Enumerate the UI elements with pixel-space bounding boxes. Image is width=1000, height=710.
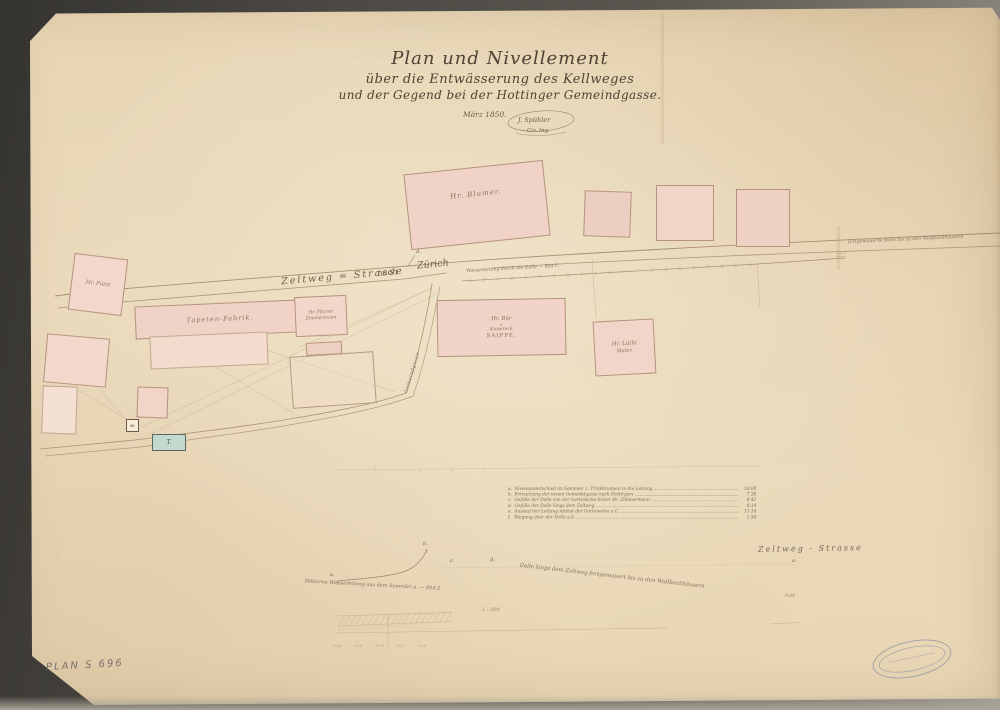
profile-mark-b: b. — [423, 541, 428, 547]
scanned-plan-page: Plan und Nivellement über die Entwässeru… — [0, 0, 1000, 710]
building-luethi: Hr. Lüthi Maler. — [593, 318, 657, 376]
gauge-number: 9.07 — [397, 644, 405, 648]
notes-table: a.Niveauunterschied im Sammler z. Trinkb… — [508, 486, 758, 549]
profile-line — [337, 549, 427, 581]
note-leader — [655, 489, 738, 490]
levelling-lines — [336, 613, 800, 634]
profile-mark-d: d. — [490, 557, 495, 563]
profile-mark-c: c. — [450, 558, 454, 564]
note-leader — [635, 495, 738, 496]
road-fork-mark: d. — [416, 249, 421, 255]
plot-boundary-lines — [592, 258, 760, 318]
profile-dotted-line — [437, 564, 795, 568]
gauge-number: 9.06 — [376, 644, 384, 648]
date-label: März 1850. — [463, 110, 507, 119]
signature-name: J. Spühler — [518, 116, 550, 124]
gauge-number: 9.05 — [354, 644, 362, 648]
building-unlabeled-1 — [583, 190, 632, 238]
building-cluster-c — [136, 386, 168, 418]
building-luethi-label-2: Maler. — [616, 347, 632, 354]
lower-path-edge — [45, 396, 413, 456]
page-subtitle-1: über die Entwässerung des Kellweges — [0, 72, 1000, 87]
signature-title: Civ. Ing. — [527, 128, 550, 134]
building-cluster-b — [41, 385, 78, 434]
profile-mark-a-left: a. — [330, 572, 335, 578]
building-pfarrer-label-2: Zimmermann — [306, 315, 337, 322]
profile-street-label: Zeltweg - Strasse — [758, 543, 863, 554]
well-marker-label: Br — [130, 423, 135, 428]
notes-datum-line — [332, 466, 762, 470]
building-unlabeled-2 — [656, 185, 714, 241]
notes-row: f.Biegung über der Dolle a.b.1.58 — [508, 514, 756, 520]
building-pfarrer-zimmermann: Hr. Pfarrer Zimmermann — [294, 295, 348, 337]
note-text: Biegung über der Dolle a.b. — [514, 514, 575, 520]
building-fierz: Hr. Fierz — [68, 253, 129, 316]
page-title: Plan und Nivellement — [0, 48, 1000, 69]
scale-note: 1 : 500 — [482, 607, 500, 613]
building-cluster-a — [43, 333, 110, 387]
gauge-number: 9.04 — [333, 644, 341, 648]
building-unlabeled-3 — [736, 189, 790, 247]
building-blumer: Hr. Blumer. — [403, 160, 550, 250]
building-courtyard-outline — [289, 351, 376, 409]
building-blumer-label: Hr. Blumer. — [450, 187, 502, 201]
note-leader — [621, 512, 738, 513]
building-tapeten-annex — [149, 331, 268, 369]
note-leader — [652, 501, 738, 502]
dolle-symbol — [836, 253, 846, 257]
page-subtitle-2: und der Gegend bei der Hottinger Gemeind… — [0, 88, 1000, 102]
levelling-gauge-numbers: 9.04 9.05 9.06 9.07 9.08 — [333, 644, 432, 651]
profile-value-right: 9.08 — [785, 594, 795, 599]
water-trough-label: T. — [166, 439, 171, 447]
building-baer-label-4: SAIPPE. — [487, 332, 517, 339]
note-value: 1.58 — [740, 514, 756, 520]
gauge-number: 9.08 — [418, 644, 426, 648]
road-fork-stub — [408, 255, 415, 266]
road-label-nach: nach — [377, 267, 399, 279]
building-baer-saippe: Hr. Bär z. Kaisereck SAIPPE. — [437, 298, 567, 357]
note-leader — [577, 518, 738, 519]
building-tapeten-label: Tapeten-Fabrik. — [186, 314, 253, 325]
building-fierz-label: Hr. Fierz — [85, 280, 110, 290]
well-marker: Br — [126, 419, 139, 432]
profile-mark-a-right: a. — [792, 558, 797, 564]
road-lower-edge-right — [404, 246, 1000, 279]
water-trough: T. — [152, 434, 186, 451]
note-leader — [597, 506, 738, 507]
